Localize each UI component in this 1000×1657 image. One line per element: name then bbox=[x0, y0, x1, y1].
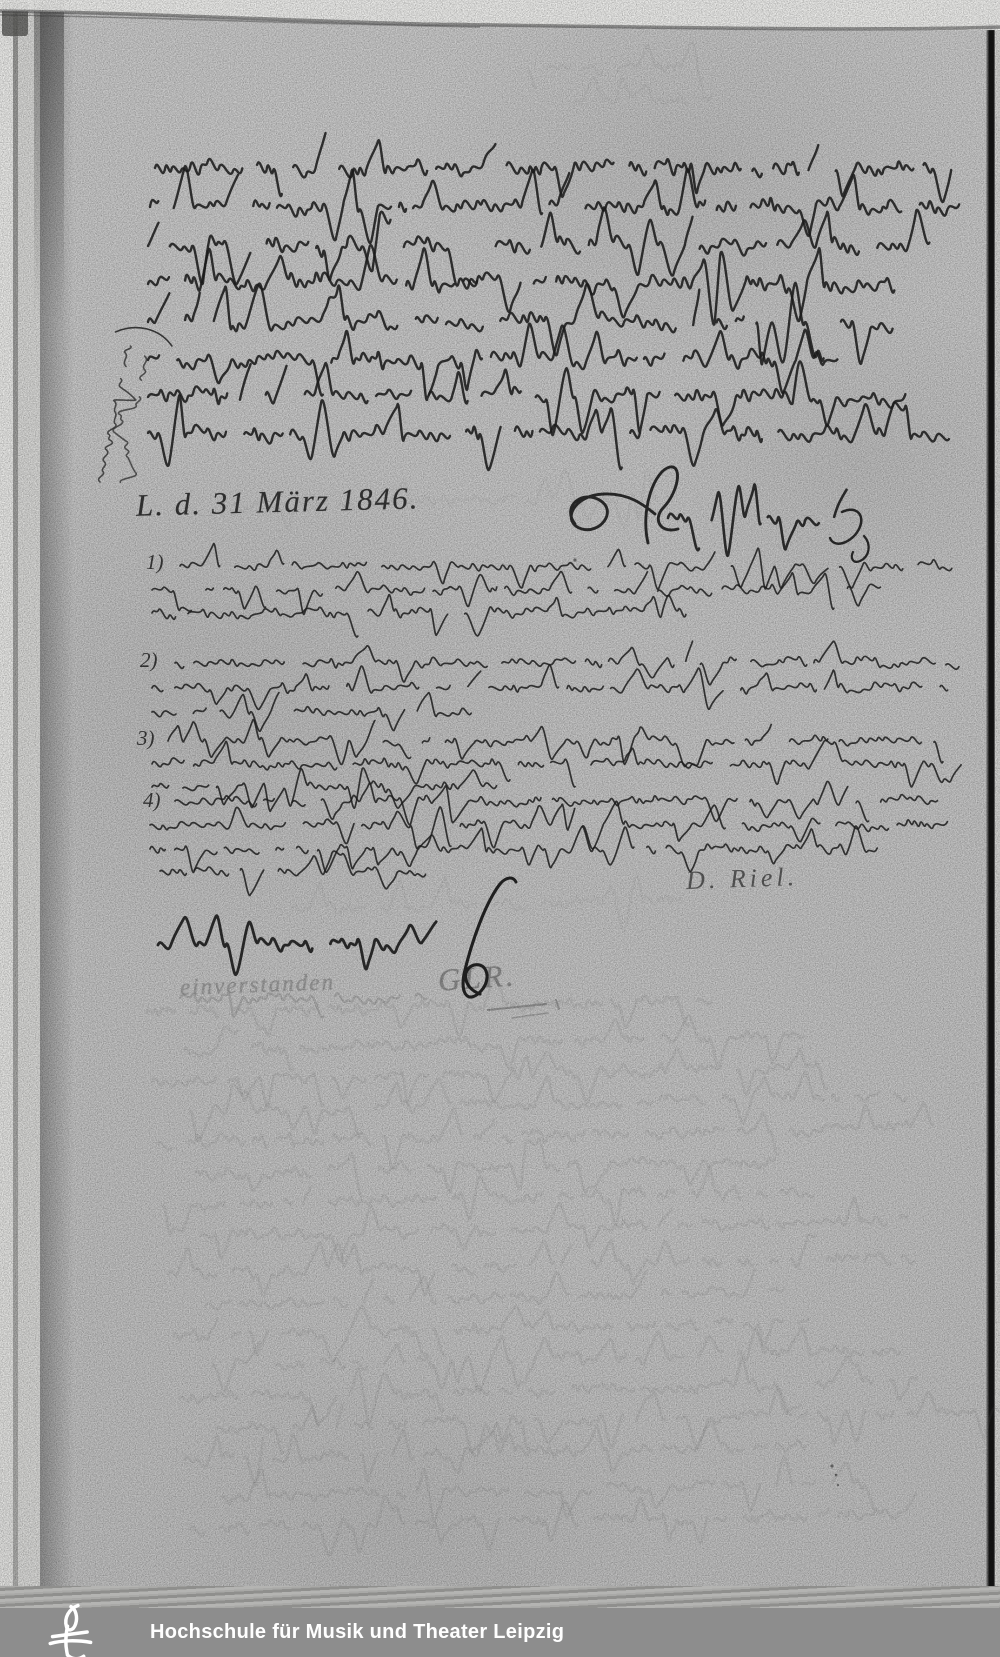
left-page-edge bbox=[0, 0, 13, 1657]
pencil-underline bbox=[488, 1000, 559, 1018]
right-page-edge bbox=[995, 0, 1000, 1657]
top-left-corner-mark bbox=[2, 2, 28, 36]
pencil-annotation: einverstanden bbox=[180, 969, 336, 1000]
list-number-3: 3) bbox=[137, 726, 155, 751]
small-ink-specks bbox=[573, 558, 839, 1486]
list-number-1: 1) bbox=[146, 550, 164, 575]
scanned-letter-page: L. d. 31 März 1846. 1) 2) 3) 4) D. Riel.… bbox=[0, 0, 1000, 1657]
right-scan-gutter bbox=[986, 26, 995, 1588]
hmt-leipzig-logo-icon bbox=[40, 1602, 102, 1657]
list-number-2: 2) bbox=[140, 648, 158, 673]
handwriting-layer bbox=[0, 0, 1000, 1657]
footer-institution-label: Hochschule für Musik und Theater Leipzig bbox=[150, 1621, 564, 1644]
bleed-through-handwriting bbox=[125, 35, 1000, 1559]
reviewer-signature: D. Riel. bbox=[686, 862, 799, 896]
footer-bar: Hochschule für Musik und Theater Leipzig bbox=[0, 1608, 1000, 1657]
ink-handwriting-lines bbox=[148, 133, 962, 1017]
binding-shadow-top bbox=[34, 0, 64, 320]
pencil-initials: GLR. bbox=[437, 957, 518, 998]
top-page-edge bbox=[0, 0, 1000, 30]
date-line: L. d. 31 März 1846. bbox=[136, 480, 420, 523]
margin-note-rotated bbox=[84, 323, 174, 491]
sender-signature-flourish bbox=[571, 467, 869, 562]
list-number-4: 4) bbox=[143, 788, 161, 813]
bottom-page-edge bbox=[0, 1586, 1000, 1608]
